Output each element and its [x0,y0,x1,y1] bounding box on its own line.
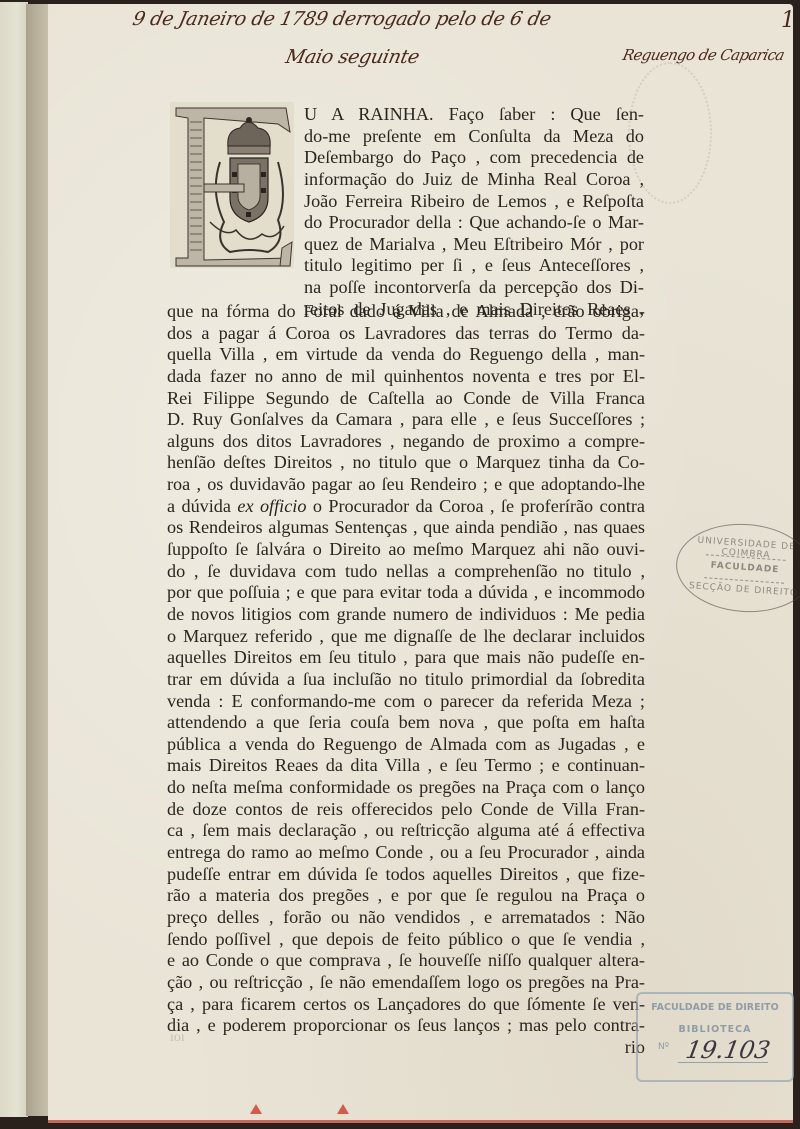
text-line: informação do Juiz de Minha Real Coroa , [304,169,644,191]
text-line: de doze contos de reis offerecidos pelo … [167,799,645,821]
text-line: dada fazer no anno de mil quinhentos nov… [167,366,645,388]
page-edge-mark [250,1104,262,1114]
text-line: do neſta meſma conformidade os pregões n… [167,777,645,799]
crowned-shield-initial-icon [170,102,294,268]
text-line: D. Ruy Gonſalves da Camara , para elle ,… [167,409,645,431]
text-line: que na fórma do Foral dado á Villa de Al… [167,301,645,323]
text-line: attendendo a que ſeria couſa bem nova , … [167,712,645,734]
library-stamp: FACULDADE DE DIREITO BIBLIOTECA Nº 19.10… [636,992,794,1082]
text-line: pública a venda do Reguengo de Almada co… [167,734,645,756]
text-line: roa , os duvidavão pagar ao ſeu Rendeiro… [167,474,645,496]
text-line: dia , e poderem proporcionar os ſeus lan… [167,1015,645,1037]
text-line: ção , ou reſtricção , ſe não emendaſſem … [167,972,645,994]
catchword: rio [167,1037,645,1059]
text-line: o Marquez referido , que me dignaſſe de … [167,626,645,648]
text-line: João Ferreira Ribeiro de Lemos , e Reſpo… [304,191,644,213]
text-line: mais Direitos Reaes da dita Villa , e ſe… [167,755,645,777]
italic-phrase: ex officio [237,496,306,516]
text-line: entrega do ramo ao meſmo Conde , ou a ſe… [167,842,645,864]
oval-ownership-stamp: UNIVERSIDADE DE COIMBRA FACULDADE SECÇÃO… [673,519,800,616]
text-line: Deſembargo do Paço , com precedencia de [304,147,644,169]
handwritten-margin-note: Reguengo de Caparica [621,46,786,64]
text-line: preço delles , forão ou não vendidos , e… [167,907,645,929]
text-line: ça , para ficarem certos os Lançadores d… [167,994,645,1016]
text-line-with-italic: a dúvida ex officio o Procurador da Coro… [167,496,645,518]
document-page: 9 de Janeiro de 1789 derrogado pelo de 6… [48,4,793,1123]
text-line: pudeſſe entrar em dúvida ſe todos aquell… [167,864,645,886]
text-line: os Rendeiros algumas Sentenças , que ain… [167,517,645,539]
library-stamp-prefix: Nº [658,1042,669,1052]
page-edge-mark [337,1104,349,1114]
text-line: henſão deſtes Direitos , no titulo que o… [167,452,645,474]
text-line: ca , ſem mais declaração , ou reſtricção… [167,820,645,842]
library-stamp-line1: FACULDADE DE DIREITO [638,1002,792,1013]
previous-page-edge [0,2,28,1117]
text-line: por que poſſuia ; e que para evitar toda… [167,582,645,604]
library-accession-number: 19.103 [684,1036,773,1064]
text-line: na poſſe incontorverſa da percepção dos … [304,277,644,299]
text-fragment: a dúvida [167,496,237,516]
text-line: ſuppoſto ſe ſalvára o Direito ao meſmo M… [167,539,645,561]
text-line: venda : E conformando-me com o parecer d… [167,691,645,713]
handwritten-folio-number: 1 [781,8,795,33]
text-line: dos a pagar á Coroa os Lavradores das te… [167,323,645,345]
body-text-main: que na fórma do Foral dado á Villa de Al… [167,301,645,1058]
text-line: titulo legitimo per ſi , e ſeus Anteceſſ… [304,255,644,277]
handwritten-header-line2: Maio seguinte [284,46,422,68]
show-through-text: ıoı [170,1030,185,1046]
stamp-rule [678,1062,768,1063]
text-fragment: o Procurador da Coroa , ſe proferírão co… [306,496,645,516]
library-stamp-line2: BIBLIOTECA [638,1024,792,1035]
text-line: rão a materia dos pregões , e por que ſe… [167,885,645,907]
body-text-beside-initial: U A RAINHA. Faço ſaber : Que ſen- do-me … [304,104,644,320]
text-line: U A RAINHA. Faço ſaber : Que ſen- [304,104,644,126]
text-line: de novos litigios com grande numero de i… [167,604,645,626]
decorative-initial-e [170,102,294,268]
text-line: quella Villa , em virtude da venda do Re… [167,344,645,366]
text-line: e ao Conde o que comprava , ſe houveſſe … [167,950,645,972]
text-line: quez de Marialva , Meu Eſtribeiro Mór , … [304,234,644,256]
text-line: Rei Filippe Segundo de Caſtella ao Conde… [167,388,645,410]
text-line: do , ſe duvidava com tudo nellas a compr… [167,561,645,583]
text-line: do Procurador della : Que achando-ſe o M… [304,212,644,234]
text-line: ſendo poſſivel , que depois de feito púb… [167,929,645,951]
text-line: trar em dúvida a ſua incluſão no titulo … [167,669,645,691]
text-line: do-me preſente em Conſulta da Meza do [304,126,644,148]
handwritten-header-line1: 9 de Janeiro de 1789 derrogado pelo de 6… [131,8,553,30]
text-line: alguns dos ditos Lavradores , negando de… [167,431,645,453]
text-line: aquelles Direitos em ſeu titulo , para q… [167,647,645,669]
